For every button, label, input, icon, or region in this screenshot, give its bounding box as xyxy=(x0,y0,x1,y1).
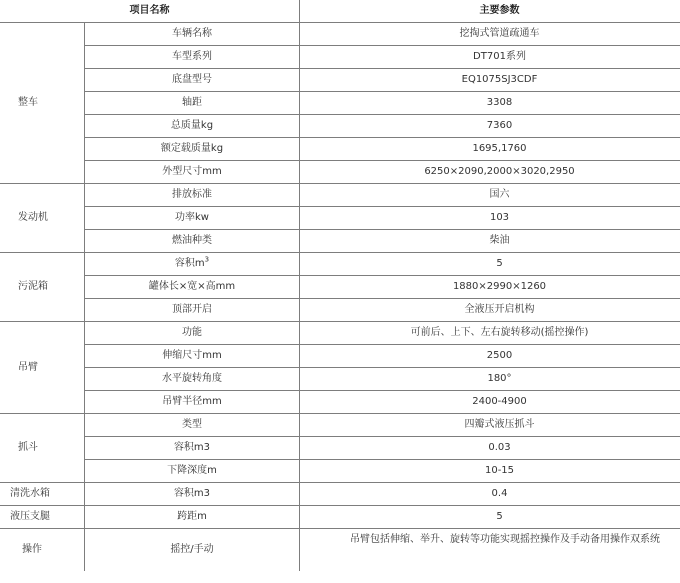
item-value: 7360 xyxy=(300,115,680,138)
item-value: 柴油 xyxy=(300,230,680,253)
table-row: 吊臂半径mm 2400-4900 xyxy=(0,391,680,414)
item-value: 6250×2090,2000×3020,2950 xyxy=(300,161,680,184)
item-label: 轴距 xyxy=(85,92,300,115)
table-row: 液压支腿 跨距m 5 xyxy=(0,506,680,529)
item-label: 功能 xyxy=(85,322,300,345)
table-row: 总质量kg 7360 xyxy=(0,115,680,138)
table-row: 抓斗 类型 四瓣式液压抓斗 xyxy=(0,414,680,437)
item-label: 水平旋转角度 xyxy=(85,368,300,391)
item-value: 0.03 xyxy=(300,437,680,460)
group-label-sludge-tank: 污泥箱 xyxy=(0,253,85,322)
item-value: 0.4 xyxy=(300,483,680,506)
header-main-params: 主要参数 xyxy=(300,0,680,23)
item-label: 底盘型号 xyxy=(85,69,300,92)
table-row: 伸缩尺寸mm 2500 xyxy=(0,345,680,368)
group-label-engine: 发动机 xyxy=(0,184,85,253)
item-label: 车型系列 xyxy=(85,46,300,69)
item-value: EQ1075SJ3CDF xyxy=(300,69,680,92)
header-row: 项目名称 主要参数 xyxy=(0,0,680,23)
group-label-grab-bucket: 抓斗 xyxy=(0,414,85,483)
item-value: 四瓣式液压抓斗 xyxy=(300,414,680,437)
item-label: 罐体长×宽×高mm xyxy=(85,276,300,299)
item-value: 国六 xyxy=(300,184,680,207)
item-label: 跨距m xyxy=(85,506,300,529)
item-value: 1695,1760 xyxy=(300,138,680,161)
table-row: 污泥箱 容积m3 5 xyxy=(0,253,680,276)
item-label: 燃油种类 xyxy=(85,230,300,253)
table-row: 顶部开启 全液压开启机构 xyxy=(0,299,680,322)
table-row: 轴距 3308 xyxy=(0,92,680,115)
item-label-superscript: 3 xyxy=(205,256,209,264)
table-row: 车型系列 DT701系列 xyxy=(0,46,680,69)
table-row: 底盘型号 EQ1075SJ3CDF xyxy=(0,69,680,92)
item-value: 2500 xyxy=(300,345,680,368)
group-label-vehicle: 整车 xyxy=(0,23,85,184)
item-value: 10-15 xyxy=(300,460,680,483)
item-value: 5 xyxy=(300,506,680,529)
table-row: 吊臂 功能 可前后、上下、左右旋转移动(摇控操作) xyxy=(0,322,680,345)
table-row: 整车 车辆名称 挖掏式管道疏通车 xyxy=(0,23,680,46)
item-value: DT701系列 xyxy=(300,46,680,69)
table-row: 清洗水箱 容积m3 0.4 xyxy=(0,483,680,506)
item-label-text: 容积m xyxy=(175,258,205,269)
item-label: 吊臂半径mm xyxy=(85,391,300,414)
item-value: 全液压开启机构 xyxy=(300,299,680,322)
group-label-boom: 吊臂 xyxy=(0,322,85,414)
item-label: 伸缩尺寸mm xyxy=(85,345,300,368)
item-value: 103 xyxy=(300,207,680,230)
table-row: 罐体长×宽×高mm 1880×2990×1260 xyxy=(0,276,680,299)
table-row: 外型尺寸mm 6250×2090,2000×3020,2950 xyxy=(0,161,680,184)
item-label: 排放标准 xyxy=(85,184,300,207)
group-label-wash-water-tank: 清洗水箱 xyxy=(0,483,85,506)
table-row: 容积m3 0.03 xyxy=(0,437,680,460)
item-value: 吊臂包括伸缩、举升、旋转等功能实现摇控操作及手动备用操作双系统 xyxy=(300,529,680,572)
item-label: 类型 xyxy=(85,414,300,437)
item-value: 挖掏式管道疏通车 xyxy=(300,23,680,46)
table-row: 下降深度m 10-15 xyxy=(0,460,680,483)
spec-table: 项目名称 主要参数 整车 车辆名称 挖掏式管道疏通车 车型系列 DT701系列 … xyxy=(0,0,680,571)
item-label: 容积m3 xyxy=(85,437,300,460)
table-row: 水平旋转角度 180° xyxy=(0,368,680,391)
item-label: 下降深度m xyxy=(85,460,300,483)
item-label: 总质量kg xyxy=(85,115,300,138)
group-label-hydraulic-outrigger: 液压支腿 xyxy=(0,506,85,529)
item-label: 外型尺寸mm xyxy=(85,161,300,184)
table-row: 操作 摇控/手动 吊臂包括伸缩、举升、旋转等功能实现摇控操作及手动备用操作双系统 xyxy=(0,529,680,572)
table-row: 额定载质量kg 1695,1760 xyxy=(0,138,680,161)
item-label: 容积m3 xyxy=(85,253,300,276)
item-value: 可前后、上下、左右旋转移动(摇控操作) xyxy=(300,322,680,345)
item-value: 2400-4900 xyxy=(300,391,680,414)
item-label: 额定载质量kg xyxy=(85,138,300,161)
item-label: 功率kw xyxy=(85,207,300,230)
group-label-operation: 操作 xyxy=(0,529,85,572)
item-value: 5 xyxy=(300,253,680,276)
item-label: 容积m3 xyxy=(85,483,300,506)
item-value: 180° xyxy=(300,368,680,391)
table-row: 燃油种类 柴油 xyxy=(0,230,680,253)
item-value: 1880×2990×1260 xyxy=(300,276,680,299)
table-row: 功率kw 103 xyxy=(0,207,680,230)
item-label: 顶部开启 xyxy=(85,299,300,322)
item-value: 3308 xyxy=(300,92,680,115)
item-label: 车辆名称 xyxy=(85,23,300,46)
table-row: 发动机 排放标准 国六 xyxy=(0,184,680,207)
item-label: 摇控/手动 xyxy=(85,529,300,572)
header-item-name: 项目名称 xyxy=(0,0,300,23)
